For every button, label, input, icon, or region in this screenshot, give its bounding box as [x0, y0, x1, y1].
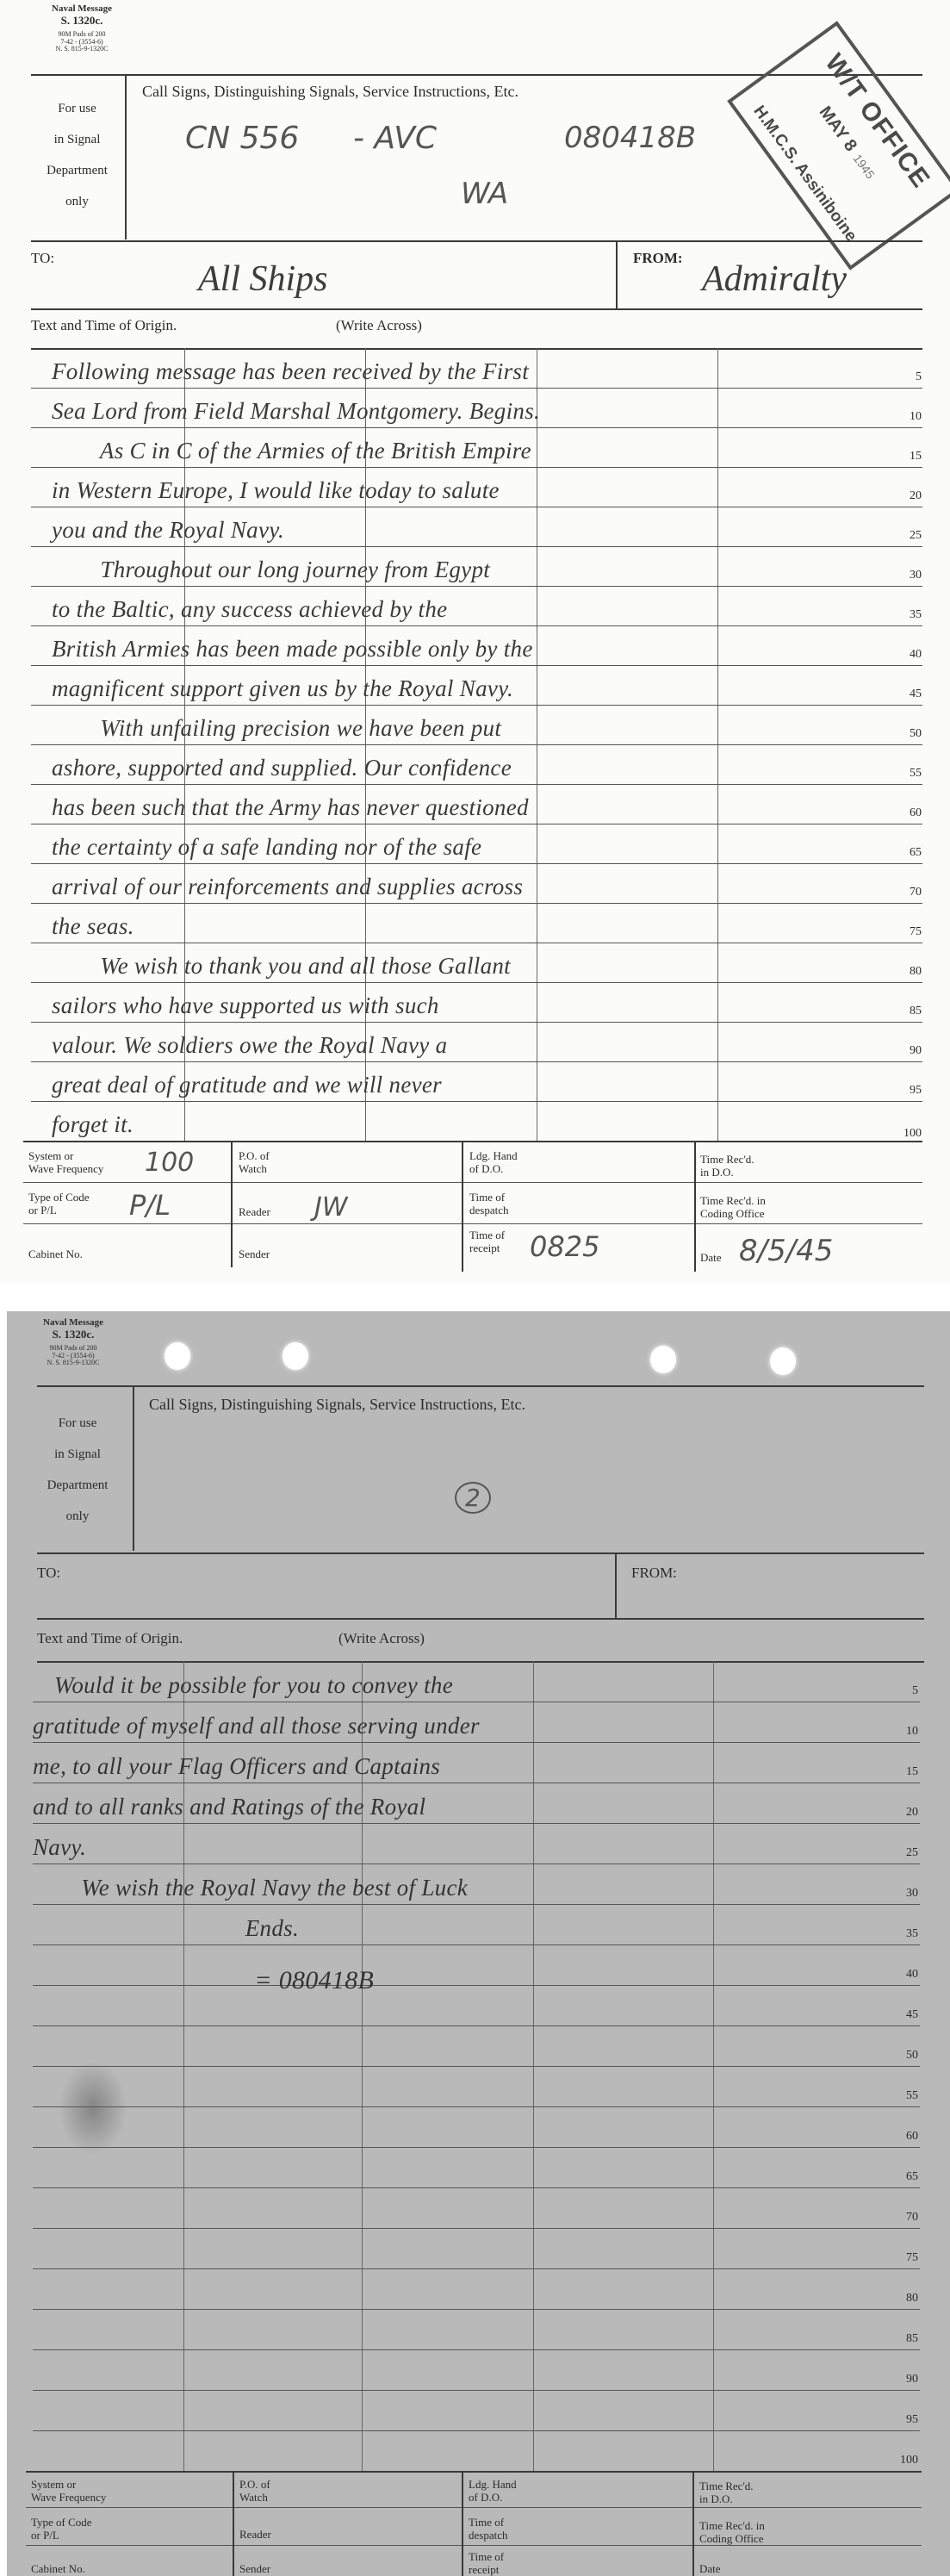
- form-identifier: Naval Message S. 1320c. 90M Pads of 200 …: [26, 4, 138, 53]
- po-watch-label: P.O. ofWatch: [239, 1149, 270, 1175]
- ldg-hand-label: Ldg. Handof D.O.: [469, 2478, 517, 2504]
- message-line: Would it be possible for you to convey t…: [54, 1672, 453, 1699]
- line-number: 35: [889, 1927, 918, 1941]
- stamp-year: 1945: [851, 152, 878, 182]
- rule-line: [33, 2430, 920, 2431]
- rule-line: [33, 2268, 920, 2269]
- label-line: Coding Office: [700, 1207, 766, 1220]
- call-signs-label: Call Signs, Distinguishing Signals, Serv…: [149, 1396, 525, 1414]
- date-label: Date: [699, 2562, 721, 2575]
- signal-dept-label: For use in Signal Department only: [26, 1408, 129, 1532]
- label-line: in D.O.: [699, 2492, 754, 2505]
- footer-col-divider: [694, 1142, 696, 1272]
- form-title: Naval Message: [26, 4, 138, 15]
- rule-line: [31, 784, 922, 785]
- label-line: Time of: [469, 2516, 507, 2529]
- form-number: S. 1320c.: [26, 15, 138, 27]
- ldg-hand-label: Ldg. Handof D.O.: [469, 1149, 518, 1175]
- message-line: great deal of gratitude and we will neve…: [52, 1072, 442, 1098]
- rule-line: [31, 705, 922, 706]
- rule-line: [33, 2349, 920, 2350]
- side-column-divider: [125, 76, 127, 240]
- divider-call-signs: [37, 1552, 924, 1554]
- label-line: Time Rec'd.: [700, 1153, 754, 1166]
- line-number: 45: [889, 2008, 918, 2022]
- rule-line: [31, 665, 922, 666]
- time-receipt-value: 0825: [530, 1230, 599, 1263]
- rule-line: [33, 2066, 920, 2067]
- line-number: 50: [889, 2049, 918, 2063]
- line-number: 50: [892, 727, 922, 741]
- label-line: Coding Office: [699, 2532, 765, 2545]
- footer-top-rule: [23, 1141, 922, 1142]
- time-receipt-label: Time ofreceipt: [469, 1229, 505, 1254]
- line-number: 100: [892, 1127, 922, 1141]
- line-number: 25: [889, 1846, 918, 1860]
- label-line: or P/L: [28, 1204, 90, 1216]
- rule-line: [31, 586, 922, 587]
- time-recd-coding-label: Time Rec'd. inCoding Office: [700, 1194, 766, 1220]
- line-number: 40: [889, 1968, 918, 1982]
- label-line: Time of: [469, 2550, 504, 2563]
- rule-line: [31, 863, 922, 864]
- rule-line: [31, 388, 922, 389]
- write-across-label: (Write Across): [338, 1630, 425, 1647]
- label-line: Ldg. Hand: [469, 1149, 518, 1162]
- punch-hole: [770, 1347, 796, 1375]
- wave-frequency-value: 100: [145, 1148, 194, 1178]
- label-line: or P/L: [31, 2529, 92, 2542]
- message-line: gratitude of myself and all those servin…: [33, 1713, 480, 1739]
- cabinet-no-label: Cabinet No.: [31, 2562, 85, 2575]
- line-number: 65: [892, 846, 922, 860]
- rule-line: [31, 1022, 922, 1023]
- message-text-grid: 5 10 15 20 25 30 35 40 45 50 55 60 65 70…: [0, 348, 950, 1142]
- label-line: of D.O.: [469, 2491, 517, 2504]
- label-line: P.O. of: [239, 1149, 270, 1162]
- write-across-label: (Write Across): [336, 317, 422, 334]
- side-label-line: in Signal: [28, 124, 127, 155]
- rule-line: [33, 1864, 920, 1864]
- message-text-grid: 5 10 15 20 25 30 35 40 45 50 55 60 65 70…: [7, 1661, 950, 2471]
- divider-to-from: [37, 1618, 924, 1620]
- label-line: System or: [28, 1149, 103, 1162]
- form-number: S. 1320c.: [17, 1328, 129, 1341]
- rule-line: [33, 1904, 920, 1905]
- line-number: 45: [892, 688, 922, 701]
- line-number: 55: [892, 767, 922, 781]
- footer-row-rule: [23, 1223, 922, 1224]
- label-line: System or: [31, 2478, 106, 2491]
- message-line: the seas.: [52, 913, 134, 940]
- message-line: arrival of our reinforcements and suppli…: [52, 874, 523, 900]
- message-line: in Western Europe, I would like today to…: [52, 477, 500, 504]
- sender-label: Sender: [239, 1248, 270, 1260]
- form-identifier: Naval Message S. 1320c. 90M Pads of 200 …: [17, 1318, 129, 1366]
- date-time-group: 080418B: [564, 121, 696, 155]
- message-line: you and the Royal Navy.: [52, 517, 284, 544]
- label-line: P.O. of: [239, 2478, 270, 2491]
- side-label-line: Department: [28, 155, 127, 186]
- side-column-divider: [133, 1387, 134, 1551]
- type-of-code-value: P/L: [129, 1189, 171, 1222]
- line-number: 60: [889, 2130, 918, 2144]
- punch-hole: [165, 1342, 190, 1370]
- line-number: 65: [889, 2170, 918, 2184]
- punch-hole: [650, 1346, 676, 1373]
- label-line: receipt: [469, 1241, 505, 1254]
- line-number: 85: [892, 1005, 922, 1018]
- rule-line: [31, 1061, 922, 1062]
- label-line: Time Rec'd. in: [700, 1194, 766, 1207]
- time-recd-do-label: Time Rec'd.in D.O.: [699, 2480, 754, 2505]
- rule-line: [33, 1944, 920, 1945]
- label-line: Type of Code: [31, 2516, 92, 2529]
- line-number: 75: [889, 2251, 918, 2265]
- line-number: 95: [892, 1084, 922, 1098]
- text-origin-label: Text and Time of Origin.: [31, 317, 177, 334]
- from-label: FROM:: [633, 250, 683, 267]
- message-line: sailors who have supported us with such: [52, 992, 439, 1019]
- rule-line: [33, 2228, 920, 2229]
- pad-info-3: N. S. 815-9-1320C: [26, 46, 138, 53]
- page-number: 2: [455, 1482, 491, 1514]
- rule-line: [31, 427, 922, 428]
- divider-to-from: [31, 308, 922, 310]
- label-line: in D.O.: [700, 1166, 754, 1179]
- type-of-code-label: Type of Codeor P/L: [31, 2516, 92, 2542]
- to-label: TO:: [37, 1565, 60, 1582]
- line-number: 60: [892, 806, 922, 820]
- time-receipt-label: Time ofreceipt: [469, 2550, 504, 2576]
- call-signs-label: Call Signs, Distinguishing Signals, Serv…: [142, 83, 518, 101]
- line-number: 10: [889, 1725, 918, 1739]
- message-form-page-2: Naval Message S. 1320c. 90M Pads of 200 …: [7, 1311, 950, 2576]
- from-value: Admiralty: [702, 258, 847, 300]
- message-line: forget it.: [52, 1111, 133, 1138]
- message-line: We wish the Royal Navy the best of Luck: [33, 1875, 468, 1901]
- sender-label: Sender: [239, 2562, 270, 2575]
- line-number: 10: [892, 410, 922, 424]
- label-line: Time Rec'd.: [699, 2480, 754, 2492]
- footer-row-rule: [26, 2507, 922, 2508]
- to-label: TO:: [31, 250, 54, 267]
- rule-line: [33, 2309, 920, 2310]
- time-despatch-label: Time ofdespatch: [469, 1191, 508, 1216]
- footer-col-divider: [231, 1142, 233, 1267]
- to-value: All Ships: [198, 258, 328, 300]
- message-line: Ends.: [33, 1915, 299, 1942]
- rule-line: [33, 1742, 920, 1743]
- form-title: Naval Message: [17, 1318, 129, 1328]
- line-number: 85: [889, 2332, 918, 2346]
- rule-line: [33, 2147, 920, 2148]
- rule-line: [31, 625, 922, 626]
- side-label-line: Department: [26, 1470, 129, 1501]
- message-line: = 080418B: [33, 1966, 374, 1995]
- time-recd-do-label: Time Rec'd.in D.O.: [700, 1153, 754, 1179]
- side-label-line: in Signal: [26, 1439, 129, 1470]
- divider-call-signs: [31, 240, 922, 242]
- line-number: 95: [889, 2413, 918, 2427]
- label-line: Watch: [239, 2491, 270, 2504]
- rule-line: [33, 2390, 920, 2391]
- message-line: With unfailing precision we have been pu…: [52, 715, 501, 742]
- message-line: and to all ranks and Ratings of the Roya…: [33, 1794, 425, 1820]
- label-line: Wave Frequency: [28, 1162, 103, 1175]
- message-line: Navy.: [33, 1834, 86, 1861]
- to-from-divider: [616, 242, 618, 309]
- footer-col-divider: [462, 2473, 463, 2576]
- line-number: 80: [892, 965, 922, 979]
- line-number: 90: [889, 2373, 918, 2386]
- label-line: Wave Frequency: [31, 2491, 106, 2504]
- message-line: magnificent support given us by the Roya…: [52, 675, 513, 702]
- wave-frequency-label: System orWave Frequency: [28, 1149, 103, 1175]
- side-label-line: For use: [26, 1408, 129, 1439]
- message-line: Throughout our long journey from Egypt: [52, 557, 490, 583]
- message-footer: System orWave Frequency P.O. ofWatch Ldg…: [7, 2471, 950, 2576]
- reader-value: JW: [314, 1192, 348, 1223]
- line-number: 100: [889, 2454, 918, 2467]
- rule-line: [33, 1823, 920, 1824]
- footer-col-divider: [692, 2473, 694, 2576]
- line-number: 25: [892, 529, 922, 543]
- label-line: receipt: [469, 2563, 504, 2576]
- rule-line: [33, 1783, 920, 1783]
- side-label-line: For use: [28, 93, 127, 124]
- message-line: Following message has been received by t…: [52, 358, 529, 385]
- line-number: 20: [892, 489, 922, 503]
- label-line: Type of Code: [28, 1191, 90, 1204]
- message-line: British Armies has been made possible on…: [52, 636, 533, 663]
- message-line: valour. We soldiers owe the Royal Navy a: [52, 1032, 447, 1059]
- label-line: Time of: [469, 1229, 505, 1241]
- message-line: the certainty of a safe landing nor of t…: [52, 834, 481, 861]
- line-number: 90: [892, 1044, 922, 1058]
- line-number: 15: [889, 1765, 918, 1779]
- line-number: 30: [889, 1887, 918, 1901]
- rule-line: [31, 824, 922, 824]
- message-line: We wish to thank you and all those Galla…: [52, 953, 511, 980]
- label-line: of D.O.: [469, 1162, 518, 1175]
- message-line: me, to all your Flag Officers and Captai…: [33, 1753, 440, 1780]
- punch-hole: [283, 1342, 308, 1370]
- label-line: Ldg. Hand: [469, 2478, 517, 2491]
- line-number: 5: [892, 370, 922, 384]
- rule-line: [33, 2106, 920, 2107]
- line-number: 80: [889, 2292, 918, 2305]
- label-line: Time Rec'd. in: [699, 2519, 765, 2532]
- rule-line: [31, 903, 922, 904]
- line-number: 5: [889, 1684, 918, 1698]
- rule-line: [33, 2025, 920, 2026]
- message-line: ashore, supported and supplied. Our conf…: [52, 755, 512, 781]
- date-value: 8/5/45: [739, 1234, 833, 1268]
- pad-info-3: N. S. 815-9-1320C: [17, 1360, 129, 1366]
- rule-line: [31, 982, 922, 983]
- divider-top: [37, 1385, 924, 1387]
- route-value: - AVC: [353, 121, 437, 156]
- message-line: Sea Lord from Field Marshal Montgomery. …: [52, 398, 540, 425]
- rule-line: [33, 1702, 920, 1702]
- wave-frequency-label: System orWave Frequency: [31, 2478, 106, 2504]
- footer-row-rule: [23, 1182, 922, 1183]
- footer-col-divider: [233, 2473, 234, 2576]
- line-number: 15: [892, 450, 922, 464]
- label-line: Watch: [239, 1162, 270, 1175]
- cabinet-no-label: Cabinet No.: [28, 1248, 83, 1260]
- po-watch-label: P.O. ofWatch: [239, 2478, 270, 2504]
- date-label: Date: [700, 1251, 722, 1264]
- rule-line: [33, 2187, 920, 2188]
- label-line: despatch: [469, 1204, 508, 1216]
- message-line: As C in C of the Armies of the British E…: [52, 438, 531, 464]
- line-number: 55: [889, 2089, 918, 2103]
- message-line: has been such that the Army has never qu…: [52, 794, 529, 821]
- footer-row-rule: [26, 2545, 922, 2546]
- call-sign-extra: WA: [461, 177, 508, 211]
- label-line: despatch: [469, 2529, 507, 2542]
- line-number: 30: [892, 569, 922, 582]
- time-recd-coding-label: Time Rec'd. inCoding Office: [699, 2519, 765, 2545]
- line-number: 20: [889, 1806, 918, 1820]
- rule-line: [31, 546, 922, 547]
- line-number: 70: [889, 2211, 918, 2224]
- rule-line: [31, 744, 922, 745]
- rule-line: [31, 943, 922, 943]
- reader-label: Reader: [239, 1205, 270, 1218]
- wt-office-stamp: W/T OFFICE MAY 81945 H.M.C.S. Assiniboin…: [727, 21, 950, 270]
- rule-line: [31, 1101, 922, 1102]
- line-number: 35: [892, 608, 922, 622]
- message-form-page-1: Naval Message S. 1320c. 90M Pads of 200 …: [0, 0, 950, 1284]
- reader-label: Reader: [239, 2528, 271, 2541]
- footer-col-divider: [462, 1142, 463, 1272]
- rule-line: [31, 507, 922, 507]
- text-origin-label: Text and Time of Origin.: [37, 1630, 183, 1647]
- time-despatch-label: Time ofdespatch: [469, 2516, 507, 2542]
- rule-line: [31, 467, 922, 468]
- message-line: to the Baltic, any success achieved by t…: [52, 596, 447, 623]
- type-of-code-label: Type of Codeor P/L: [28, 1191, 90, 1216]
- message-footer: System orWave Frequency 100 P.O. ofWatch…: [0, 1141, 950, 1279]
- stamp-ship: H.M.C.S. Assiniboine: [737, 86, 872, 261]
- to-from-divider: [615, 1554, 617, 1618]
- call-sign-value: CN 556: [185, 121, 299, 156]
- from-label: FROM:: [631, 1565, 677, 1582]
- signal-dept-label: For use in Signal Department only: [28, 93, 127, 217]
- page-number-value: 2: [455, 1482, 491, 1514]
- label-line: Time of: [469, 1191, 508, 1204]
- side-label-line: only: [28, 186, 127, 217]
- footer-top-rule: [26, 2471, 922, 2473]
- line-number: 40: [892, 648, 922, 662]
- line-number: 70: [892, 886, 922, 899]
- line-number: 75: [892, 925, 922, 939]
- side-label-line: only: [26, 1501, 129, 1532]
